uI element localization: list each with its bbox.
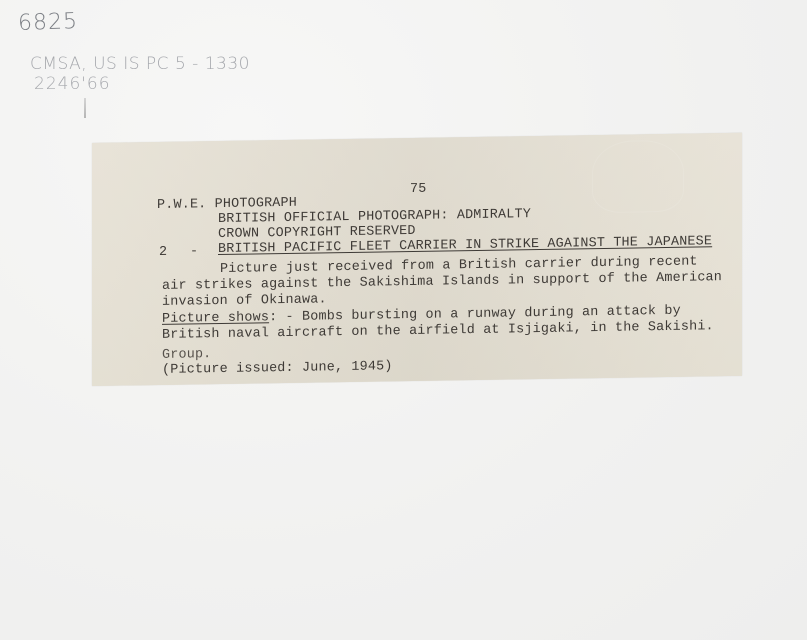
photo-back: 6825 CMSA, US IS PC 5 - 1330 2246'66 P.W… (0, 0, 807, 640)
item-dash: - (190, 244, 198, 259)
picture-shows-line-3: Group. (162, 347, 211, 363)
archive-reference-number: 2246'66 (34, 74, 111, 94)
watermark-icon (592, 140, 684, 213)
page-number: 75 (410, 182, 426, 197)
caption-label: P.W.E. PHOTOGRAPH 75 BRITISH OFFICIAL PH… (92, 133, 742, 386)
inventory-number: 6825 (18, 9, 79, 36)
archive-reference: CMSA, US IS PC 5 - 1330 (30, 54, 250, 74)
item-number: 2 (159, 245, 167, 260)
pencil-mark (84, 98, 86, 118)
issued-line: (Picture issued: June, 1945) (162, 359, 393, 378)
picture-shows-label: Picture shows (162, 310, 269, 327)
body-line-3: invasion of Okinawa. (162, 292, 327, 310)
